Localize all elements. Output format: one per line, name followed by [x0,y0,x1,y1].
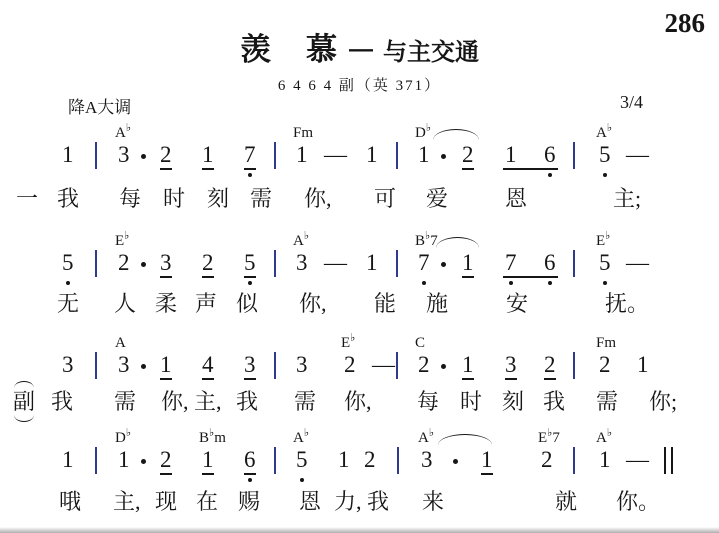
chord-label: Fm [596,336,616,351]
sustain-dash: — [626,142,649,168]
barline [274,250,276,277]
note: 2E♭7 [541,447,553,473]
slur-arc [438,434,492,445]
low-octave-dot [248,478,252,482]
lyric-char: 你, [299,291,327,317]
note: 5E♭ [599,250,611,276]
note: 3A♭ [296,250,308,276]
lyric-char: 来 [422,489,444,515]
note: 3 [62,352,74,378]
barline [274,352,276,379]
lyric-char: 抚。 [605,291,649,317]
note: 2E♭ [344,352,356,378]
lyric-char: 赐 [238,489,260,515]
sustain-dash: — [626,447,649,473]
note: 2 [364,447,376,473]
lyric-char: 一 [16,186,38,212]
low-octave-dot [422,281,426,285]
note: 6 [244,447,256,475]
note: 7 [244,142,256,170]
time-signature: 3/4 [620,92,643,113]
note: 1 [62,142,74,168]
lyric-char: 时 [460,389,482,415]
notation-line: 11D♭21B♭m65A♭123A♭12E♭71A♭— [0,447,719,487]
note: 1 [637,352,649,378]
note: 3 [505,352,517,380]
low-octave-dot [300,478,304,482]
lyric-char: 主, [113,489,141,515]
hymn-title-main: 羡 慕 [240,24,339,69]
lyric-char: 恩 [299,489,321,515]
slur-arc [433,129,479,140]
low-octave-dot [66,281,70,285]
note: 1 [462,352,474,380]
hymn-title: 羡 慕 — 与主交通 [0,24,719,69]
lyric-char: 需 [294,389,316,415]
low-octave-dot [509,281,513,285]
lyric-char: 爱 [426,186,448,212]
rhythm-dot [441,364,446,369]
rhythm-dot [141,364,146,369]
low-octave-dot [603,281,607,285]
lyric-char: 能 [374,291,396,317]
rhythm-dot [141,154,146,159]
chord-label: B♭7 [415,234,438,249]
note: 5A♭ [296,447,308,473]
lyric-char: 你; [649,389,677,415]
chord-label: D♭ [415,126,431,141]
barline [95,447,97,474]
lyric-char: 就 [555,489,577,515]
lyric-char: 刻 [207,186,229,212]
note: 1 [462,250,474,278]
note: 7 [505,250,517,276]
eighth-beam [503,276,558,278]
chord-label: Fm [293,126,313,141]
note: 1 [62,447,74,473]
sustain-dash: — [324,142,347,168]
final-barline [664,447,673,474]
note: 4 [202,352,214,380]
note: 2Fm [599,352,611,378]
chord-label: B♭m [199,431,226,446]
barline [95,250,97,277]
sustain-dash: — [372,352,395,378]
key-signature-label: 降A大调 [68,93,131,118]
chord-label: A♭ [293,234,309,249]
note: 3 [244,352,256,380]
chord-label: E♭ [341,336,355,351]
barline [396,250,398,277]
note: 1 [338,447,350,473]
lyric-char: 需 [250,186,272,212]
slur-arc [436,237,479,248]
barline [95,352,97,379]
barline [396,352,398,379]
chord-label: E♭7 [538,431,560,446]
chord-label: A♭ [596,431,612,446]
lyric-char: 我 [367,489,389,515]
note: 3 [296,352,308,378]
low-octave-dot [248,173,252,177]
note: 1D♭ [118,447,130,473]
refrain-marker: 副 [13,389,35,415]
note: 3A♭ [118,142,130,168]
note: 1 [481,447,493,475]
barline [396,142,398,169]
lyric-char: 柔 [155,291,177,317]
note: 6 [544,250,556,276]
note: 2 [544,352,556,380]
chord-label: A♭ [418,431,434,446]
chord-label: E♭ [596,234,610,249]
chord-label: D♭ [115,431,131,446]
notation-line: 52E♭3253A♭—17B♭71765E♭— [0,250,719,290]
lyric-char: 主, [194,389,222,415]
lyric-char: 哦 [59,489,81,515]
lyric-char: 在 [196,489,218,515]
lyric-char: 需 [596,389,618,415]
lyric-char: 安 [506,291,528,317]
lyric-char: 你, [304,186,332,212]
lyric-char: 你。 [616,489,660,515]
lyric-line: 哦主,现在赐恩力,我来就你。 [0,489,719,519]
lyric-char: 施 [426,291,448,317]
note: 3 [160,250,172,278]
lyric-char: 你, [344,389,372,415]
note: 3A [118,352,130,378]
barline [274,142,276,169]
scan-edge-shadow [0,527,719,533]
note: 1 [366,142,378,168]
chord-label: E♭ [115,234,129,249]
barline [397,447,399,474]
barline [573,352,575,379]
lyric-char: 主; [613,186,641,212]
barline [95,142,97,169]
note: 1 [202,142,214,170]
note: 2 [160,447,172,475]
low-octave-dot [548,173,552,177]
rhythm-dot [453,459,458,464]
sustain-dash: — [626,250,649,276]
note: 3A♭ [421,447,433,473]
hymn-number: 286 [665,8,706,39]
lyric-line: 一我每时刻需你,可爱恩主; [0,186,719,216]
sustain-dash: — [324,250,347,276]
notation-line: 33A14332E♭—2C1322Fm1 [0,352,719,392]
notation-line: 13A♭2171Fm—11D♭2165A♭— [0,142,719,182]
lyric-char: 时 [163,186,185,212]
note: 5 [244,250,256,278]
lyric-line: 副我需你,主,我需你,每时刻我需你; [0,389,719,419]
lyric-char: 我 [51,389,73,415]
chord-label: A♭ [596,126,612,141]
chord-label: A [115,336,126,351]
barline [573,250,575,277]
hymn-title-dash: — [349,36,373,64]
lyric-char: 声 [195,291,217,317]
lyric-char: 需 [114,389,136,415]
note: 2 [160,142,172,170]
rhythm-dot [441,154,446,159]
note: 1B♭m [202,447,214,475]
lyric-char: 我 [236,389,258,415]
rhythm-dot [441,262,446,267]
chord-label: C [415,336,425,351]
note: 1 [366,250,378,276]
lyric-line: 无人柔声似你,能施安抚。 [0,291,719,321]
lyric-char: 刻 [502,389,524,415]
lyric-char: 人 [114,291,136,317]
rhythm-dot [141,262,146,267]
lyric-char: 你, [161,389,189,415]
low-octave-dot [603,173,607,177]
lyric-char: 无 [57,291,79,317]
lyric-char: 似 [236,291,258,317]
barline [573,447,575,474]
chord-label: A♭ [115,126,131,141]
note: 1D♭ [418,142,430,168]
note: 1A♭ [599,447,611,473]
hymn-title-subtitle: 与主交通 [383,32,479,67]
note: 1Fm [296,142,308,168]
lyric-char: 每 [119,186,141,212]
lyric-char: 现 [155,489,177,515]
meter-reference-line: 6 4 6 4 副（英 371） [0,74,719,95]
lyric-char: 可 [374,186,396,212]
chord-label: A♭ [293,431,309,446]
note: 6 [544,142,556,168]
barline [573,142,575,169]
note: 2 [202,250,214,278]
note: 2C [418,352,430,378]
lyric-char: 恩 [505,186,527,212]
note: 7B♭7 [418,250,430,276]
lyric-char: 我 [57,186,79,212]
eighth-beam [503,168,558,170]
lyric-char: 每 [417,389,439,415]
note: 1 [505,142,517,168]
note: 5 [62,250,74,276]
note: 1 [160,352,172,380]
low-octave-dot [548,281,552,285]
rhythm-dot [141,459,146,464]
lyric-char: 我 [543,389,565,415]
note: 2 [462,142,474,170]
note: 2E♭ [118,250,130,276]
lyric-char: 力, [334,489,362,515]
barline [274,447,276,474]
note: 5A♭ [599,142,611,168]
low-octave-dot [248,281,252,285]
